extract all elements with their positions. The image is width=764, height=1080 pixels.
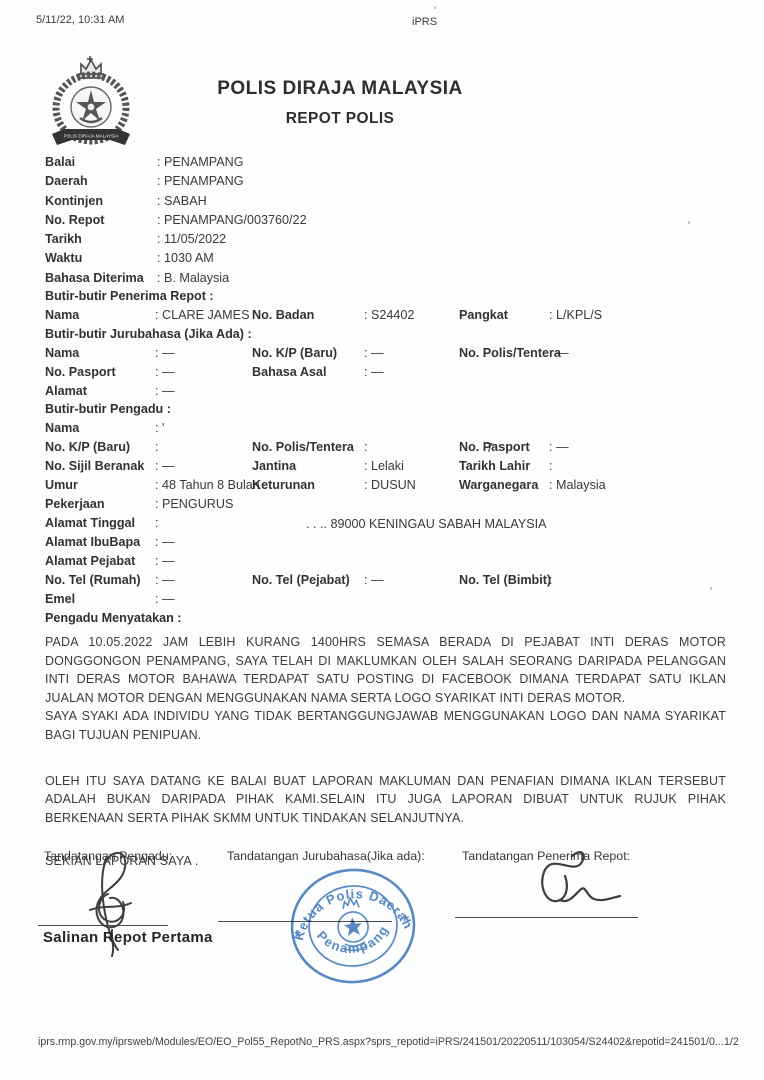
field-label: Tarikh xyxy=(45,232,157,251)
field-value: : — xyxy=(155,554,252,573)
copy-note: Salinan Repot Pertama xyxy=(43,929,213,946)
field-value: : — xyxy=(155,535,252,554)
field-value xyxy=(549,421,726,440)
field-value: : PENAMPANG xyxy=(157,155,726,174)
field-label: Umur xyxy=(45,478,155,497)
field-label: Alamat xyxy=(45,384,155,403)
field-label: No. Pasport xyxy=(45,365,155,384)
field-label: Waktu xyxy=(45,251,157,270)
field-row: Alamat IbuBapa: — xyxy=(45,535,726,554)
field-value: : PENAMPANG/003760/22 xyxy=(157,213,726,232)
field-label: Nama xyxy=(45,421,155,440)
field-label: No. Badan xyxy=(252,308,364,327)
print-footer-url: iprs.rmp.gov.my/iprsweb/Modules/EO/EO_Po… xyxy=(38,1036,724,1048)
field-row: Umur: 48 Tahun 8 Bulan Keturunan: DUSUN … xyxy=(45,478,726,497)
field-label: No. Tel (Rumah) xyxy=(45,573,155,592)
field-row: No. Pasport: — Bahasa Asal: — xyxy=(45,365,726,384)
section-heading: Pengadu Menyatakan : xyxy=(45,611,726,630)
print-datetime: 5/11/22, 10:31 AM xyxy=(36,14,124,26)
jurubahasa-section: Butir-butir Jurubahasa (Jika Ada) : Nama… xyxy=(45,327,726,403)
field-value: : — xyxy=(155,459,252,478)
field-row: Alamat: — xyxy=(45,384,726,403)
penerima-section: Butir-butir Penerima Repot : Nama: CLARE… xyxy=(45,289,726,327)
pengadu-section: Butir-butir Pengadu : Nama: ' No. K/P (B… xyxy=(45,402,726,611)
field-label: No. Repot xyxy=(45,213,157,232)
field-value: : — xyxy=(364,573,459,592)
field-label: Kontinjen xyxy=(45,194,157,213)
print-page-number: 1/2 xyxy=(724,1036,739,1048)
field-label: No. K/P (Baru) xyxy=(252,346,364,365)
police-report-page: 5/11/22, 10:31 AM iPRS ' ' ' POLIS DIRAJ… xyxy=(0,0,764,1080)
field-row: No. Sijil Beranak: — Jantina: Lelaki Tar… xyxy=(45,459,726,478)
police-district-stamp: Ketua Polis Daerah Penampang * * xyxy=(286,864,420,990)
field-value: : ' xyxy=(155,421,252,440)
field-value: : 11/05/2022 xyxy=(157,232,726,251)
field-row: Emel: — xyxy=(45,592,726,611)
field-value xyxy=(549,365,726,384)
field-label xyxy=(459,421,549,440)
field-value: : CLARE JAMES xyxy=(155,308,252,327)
pdrm-crest-icon: POLIS DIRAJA MALAYSIA xyxy=(44,52,139,152)
field-label: Balai xyxy=(45,155,157,174)
field-row: No. Repot: PENAMPANG/003760/22 xyxy=(45,213,726,232)
print-app-title: iPRS xyxy=(412,16,437,28)
statement-section: Pengadu Menyatakan : PADA 10.05.2022 JAM… xyxy=(45,611,726,871)
field-value xyxy=(364,421,459,440)
document-header: POLIS DIRAJA MALAYSIA REPOT POLIS xyxy=(140,78,540,128)
field-value: : — xyxy=(155,346,252,365)
field-value: : SABAH xyxy=(157,194,726,213)
field-value: : DUSUN xyxy=(364,478,459,497)
field-value: : xyxy=(549,459,726,478)
field-label: Nama xyxy=(45,308,155,327)
jurubahasa-signature-label: Tandatangan Jurubahasa(Jika ada): xyxy=(227,849,425,863)
field-value: : PENGURUS xyxy=(155,497,252,516)
field-value: : L/KPL/S xyxy=(549,308,726,327)
report-info-section: Balai: PENAMPANG Daerah: PENAMPANG Konti… xyxy=(45,155,726,290)
crest-banner-text: POLIS DIRAJA MALAYSIA xyxy=(64,134,120,139)
field-value: : — xyxy=(549,346,726,365)
field-label: Pangkat xyxy=(459,308,549,327)
field-label: No. Polis/Tentera xyxy=(459,346,549,365)
field-value: : S24402 xyxy=(364,308,459,327)
org-name: POLIS DIRAJA MALAYSIA xyxy=(140,78,540,100)
stamp-star-left: * xyxy=(294,926,303,946)
field-row: Balai: PENAMPANG xyxy=(45,155,726,174)
field-value: : xyxy=(155,516,252,535)
field-value: : Malaysia xyxy=(549,478,726,497)
field-value: : — xyxy=(364,346,459,365)
field-label: Keturunan xyxy=(252,478,364,497)
field-row: Nama: ' xyxy=(45,421,726,440)
field-row: Kontinjen: SABAH xyxy=(45,194,726,213)
field-row: Bahasa Diterima: B. Malaysia xyxy=(45,271,726,290)
field-row: Nama: — No. K/P (Baru): — No. Polis/Tent… xyxy=(45,346,726,365)
page-title: REPOT POLIS xyxy=(140,110,540,128)
field-row: Tarikh: 11/05/2022 xyxy=(45,232,726,251)
field-value: : — xyxy=(155,384,252,403)
field-value: : — xyxy=(155,592,252,611)
field-label: No. K/P (Baru) xyxy=(45,440,155,459)
field-row: Waktu: 1030 AM xyxy=(45,251,726,270)
field-label: No. Polis/Tentera xyxy=(252,440,364,459)
field-value: : xyxy=(549,573,726,592)
field-value xyxy=(549,384,726,403)
alamat-tinggal-value: . . .. 89000 KENINGAU SABAH MALAYSIA xyxy=(306,517,547,531)
field-row: No. Tel (Rumah): — No. Tel (Pejabat): — … xyxy=(45,573,726,592)
no-polis-tentera-digit: 7 xyxy=(486,441,493,455)
field-label xyxy=(459,384,549,403)
section-heading: Butir-butir Jurubahasa (Jika Ada) : xyxy=(45,327,726,346)
field-value: : — xyxy=(155,365,252,384)
field-label: No. Tel (Pejabat) xyxy=(252,573,364,592)
field-label xyxy=(459,365,549,384)
field-label: Pekerjaan xyxy=(45,497,155,516)
field-value: : Lelaki xyxy=(364,459,459,478)
field-label: Daerah xyxy=(45,174,157,193)
field-label: No. Tel (Bimbit) xyxy=(459,573,549,592)
field-value: : — xyxy=(155,573,252,592)
field-value: : PENAMPANG xyxy=(157,174,726,193)
field-value xyxy=(364,384,459,403)
field-label: No. Sijil Beranak xyxy=(45,459,155,478)
field-value: : xyxy=(155,440,252,459)
field-label: Alamat Pejabat xyxy=(45,554,155,573)
field-label: Warganegara xyxy=(459,478,549,497)
field-value: : — xyxy=(549,440,726,459)
field-label: Emel xyxy=(45,592,155,611)
field-row: Nama: CLARE JAMES No. Badan: S24402 Pang… xyxy=(45,308,726,327)
statement-paragraph: OLEH ITU SAYA DATANG KE BALAI BUAT LAPOR… xyxy=(45,772,726,828)
field-value: : 1030 AM xyxy=(157,251,726,270)
field-row: Alamat Pejabat: — xyxy=(45,554,726,573)
field-value: : 48 Tahun 8 Bulan xyxy=(155,478,252,497)
scan-artifact: ' xyxy=(434,5,436,17)
field-value: : — xyxy=(364,365,459,384)
field-label: Bahasa Diterima xyxy=(45,271,157,290)
field-value: : xyxy=(364,440,459,459)
field-row: Daerah: PENAMPANG xyxy=(45,174,726,193)
field-label: Tarikh Lahir xyxy=(459,459,549,478)
section-heading: Butir-butir Pengadu : xyxy=(45,402,726,421)
statement-paragraph: SAYA SYAKI ADA INDIVIDU YANG TIDAK BERTA… xyxy=(45,707,726,744)
penerima-signature xyxy=(512,846,630,930)
field-label: Jantina xyxy=(252,459,364,478)
field-label: Alamat IbuBapa xyxy=(45,535,155,554)
section-heading: Butir-butir Penerima Repot : xyxy=(45,289,726,308)
field-row: No. K/P (Baru): No. Polis/Tentera: No. P… xyxy=(45,440,726,459)
field-label: Alamat Tinggal xyxy=(45,516,155,535)
statement-paragraph: PADA 10.05.2022 JAM LEBIH KURANG 1400HRS… xyxy=(45,633,726,707)
field-row: Pekerjaan: PENGURUS xyxy=(45,497,726,516)
field-label: Bahasa Asal xyxy=(252,365,364,384)
field-label: Nama xyxy=(45,346,155,365)
field-value: : B. Malaysia xyxy=(157,271,726,290)
field-label xyxy=(252,384,364,403)
field-label: No. Pasport xyxy=(459,440,549,459)
field-label xyxy=(252,421,364,440)
